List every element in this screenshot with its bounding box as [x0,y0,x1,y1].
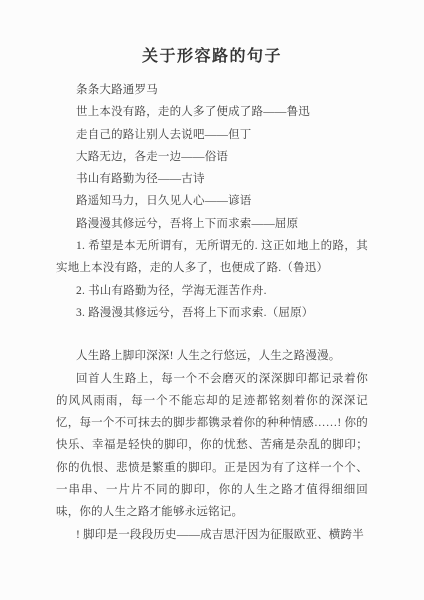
quote-line-4: 大路无边，各走一边——俗语 [56,146,368,168]
quote-line-3: 走自己的路让别人去说吧——但丁 [56,124,368,146]
quote-line-2: 世上本没有路，走的人多了便成了路——鲁迅 [56,101,368,123]
blank-line [56,324,368,345]
document-page: 关于形容路的句子 条条大路通罗马 世上本没有路，走的人多了便成了路——鲁迅 走自… [0,0,424,600]
numbered-item-3: 3. 路漫漫其修远兮，吾将上下而求索.（屈原） [56,302,368,324]
paragraph-2: 回首人生路上，每一个不会磨灭的深深脚印都记录着你的风风雨雨，每一个不能忘却的足迹… [56,368,368,524]
numbered-item-2: 2. 书山有路勤为径，学海无涯苦作舟. [56,280,368,302]
paragraph-1: 人生路上脚印深深! 人生之行悠远，人生之路漫漫。 [56,345,368,367]
quote-line-7: 路漫漫其修远兮，吾将上下而求索——屈原 [56,213,368,235]
paragraph-3: ! 脚印是一段段历史——成吉思汗因为征服欧亚、横跨半 [56,524,368,546]
page-title: 关于形容路的句子 [56,44,368,70]
numbered-item-1: 1. 希望是本无所谓有，无所谓无的. 这正如地上的路，其实地上本没有路，走的人多… [56,235,368,280]
quote-line-1: 条条大路通罗马 [56,79,368,101]
quote-line-6: 路遥知马力，日久见人心——谚语 [56,190,368,212]
quote-line-5: 书山有路勤为径——古诗 [56,168,368,190]
